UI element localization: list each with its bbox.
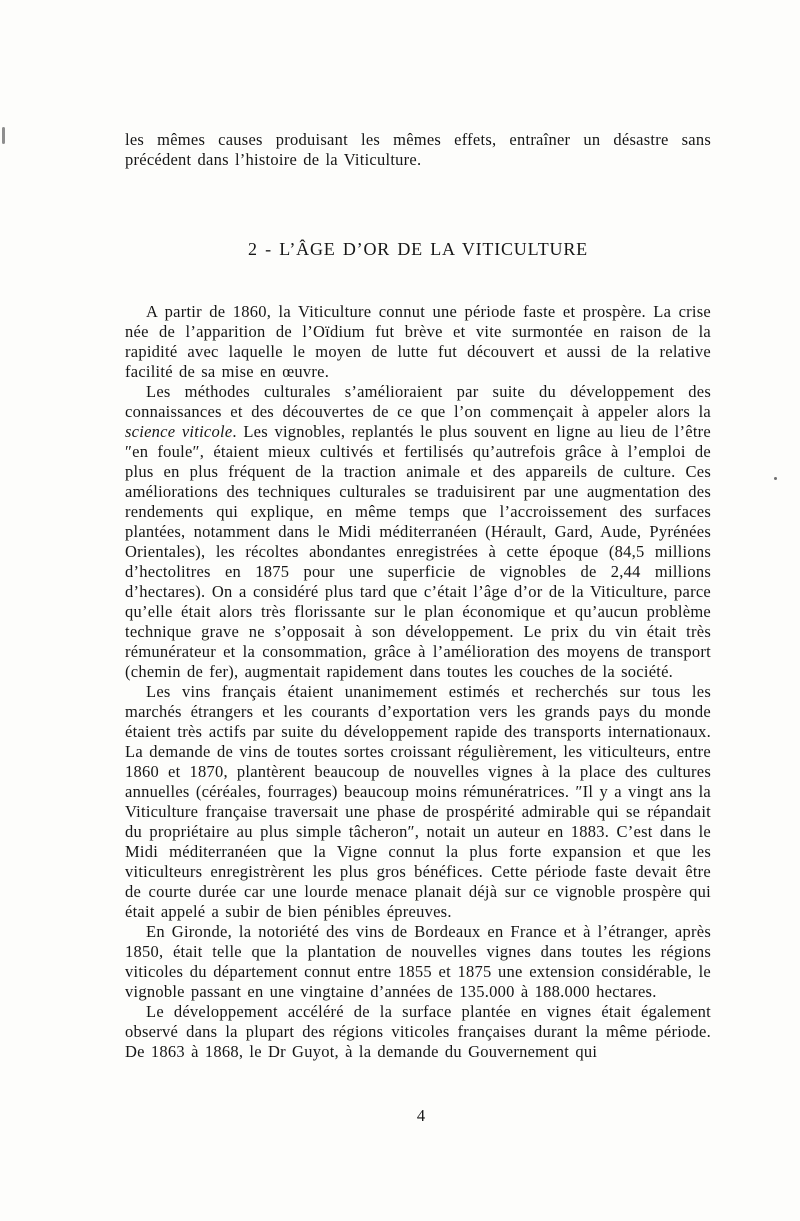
continuation-paragraph-block: les mêmes causes produisant les mêmes ef… xyxy=(125,130,711,170)
text-segment: En Gironde, la notoriété des vins de Bor… xyxy=(125,922,711,1001)
paragraph: En Gironde, la notoriété des vins de Bor… xyxy=(125,922,711,1002)
paragraph: Les méthodes culturales s’amélioraient p… xyxy=(125,382,711,682)
text-column: les mêmes causes produisant les mêmes ef… xyxy=(125,130,711,1062)
text-segment: Les vins français étaient unanimement es… xyxy=(125,682,711,921)
paragraph: les mêmes causes produisant les mêmes ef… xyxy=(125,130,711,170)
text-segment: . Les vignobles, replantés le plus souve… xyxy=(125,422,711,681)
paragraph: A partir de 1860, la Viticulture connut … xyxy=(125,302,711,382)
text-segment: Les méthodes culturales s’amélioraient p… xyxy=(125,382,711,421)
scan-artifact-speck xyxy=(774,477,777,480)
paragraph: Les vins français étaient unanimement es… xyxy=(125,682,711,922)
scanned-book-page: les mêmes causes produisant les mêmes ef… xyxy=(0,0,800,1221)
scan-artifact-margin-mark xyxy=(2,127,5,144)
text-segment: les mêmes causes produisant les mêmes ef… xyxy=(125,130,711,169)
section-heading: 2 - L’ÂGE D’OR DE LA VITICULTURE xyxy=(125,238,711,260)
text-segment: Le développement accéléré de la surface … xyxy=(125,1002,711,1061)
paragraph: Le développement accéléré de la surface … xyxy=(125,1002,711,1062)
italic-text-segment: science viticole xyxy=(125,422,232,441)
page-number: 4 xyxy=(417,1106,425,1126)
text-segment: A partir de 1860, la Viticulture connut … xyxy=(125,302,711,381)
body-paragraphs-block: A partir de 1860, la Viticulture connut … xyxy=(125,302,711,1062)
